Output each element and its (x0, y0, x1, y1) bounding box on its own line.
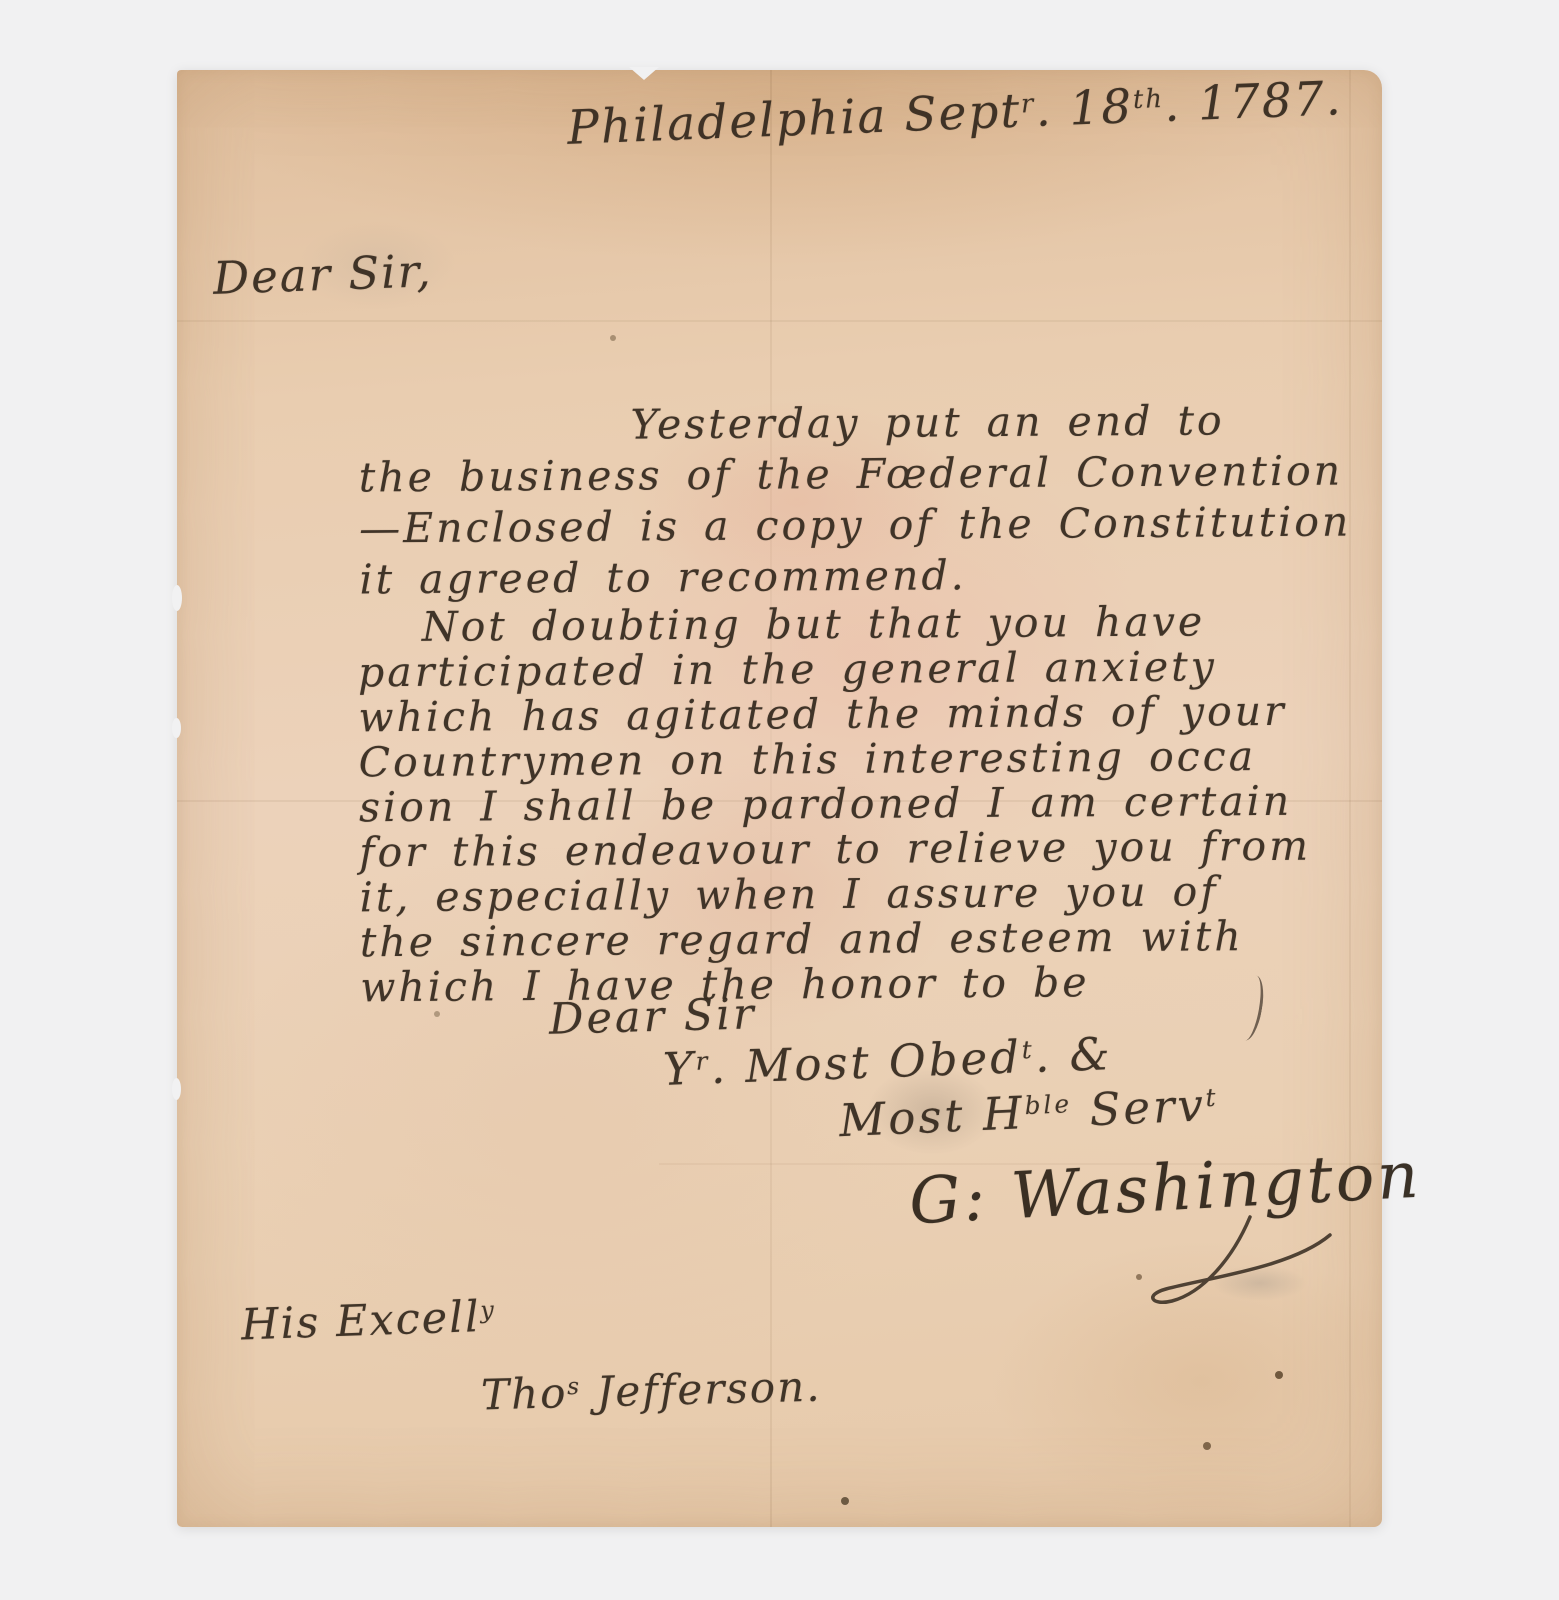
letter-sheet: Philadelphia Septr. 18th. 1787. Dear Sir… (177, 70, 1382, 1527)
closing-text: . Most Obed (710, 1030, 1023, 1094)
letter-line: Yesterday put an end to (358, 395, 1350, 453)
letter-line: the sincere regard and esteem with (360, 914, 1312, 966)
paper-tear-notch (172, 585, 182, 611)
paragraph-1: Yesterday put an end to the business of … (358, 395, 1352, 606)
closing-superscript: ble (1024, 1090, 1073, 1121)
recipient-text: His Excell (240, 1292, 481, 1350)
ink-specks (177, 70, 181, 74)
closing-humble-servant: Most Hble Servt (838, 1078, 1220, 1148)
photo-background: Philadelphia Septr. 18th. 1787. Dear Sir… (0, 0, 1559, 1600)
dateline-text: Philadelphia Sept (566, 83, 1022, 155)
closing-superscript: t (1021, 1035, 1035, 1064)
pencil-smudge (1212, 1265, 1307, 1301)
fold-crease-vertical (1349, 70, 1351, 1527)
letter-line: which I have the honor to be (360, 959, 1312, 1011)
closing-text: Serv (1071, 1078, 1207, 1137)
paper-tear-notch (172, 718, 181, 738)
closing-dear-sir: Dear Sir (548, 989, 757, 1044)
recipient-superscript: s (567, 1374, 582, 1400)
dateline-text: . 1787. (1163, 71, 1343, 133)
dateline-text: . 18 (1034, 79, 1134, 138)
paragraph-2: Not doubting but that you have participa… (358, 599, 1313, 1011)
closing-superscript: t (1205, 1083, 1219, 1113)
paper-tear-notch (629, 67, 659, 80)
closing-superscript: r (695, 1047, 711, 1077)
closing-text: Y (662, 1042, 697, 1096)
dateline-superscript: r (1020, 89, 1036, 120)
recipient-his-excellency: His Excelly (240, 1292, 497, 1351)
closing-text: Most H (838, 1086, 1026, 1147)
signature-g-washington: G: Washington (907, 1139, 1423, 1240)
closing-text: . & (1034, 1027, 1113, 1083)
letter-line: the business of the Fœderal Convention (359, 446, 1351, 504)
recipient-superscript: y (480, 1296, 496, 1325)
recipient-thomas-jefferson: Thos Jefferson. (480, 1362, 822, 1420)
letter-line: —Enclosed is a copy of the Constitution (359, 497, 1351, 555)
dateline-superscript: th (1132, 84, 1164, 115)
recipient-text: Jefferson. (581, 1362, 823, 1417)
signature-flourish (1082, 1215, 1382, 1325)
recipient-text: Tho (480, 1368, 568, 1419)
fold-crease-horizontal (177, 320, 1382, 322)
salutation: Dear Sir, (212, 244, 433, 305)
paper-tear-notch (172, 1078, 181, 1100)
dateline: Philadelphia Septr. 18th. 1787. (566, 71, 1343, 156)
